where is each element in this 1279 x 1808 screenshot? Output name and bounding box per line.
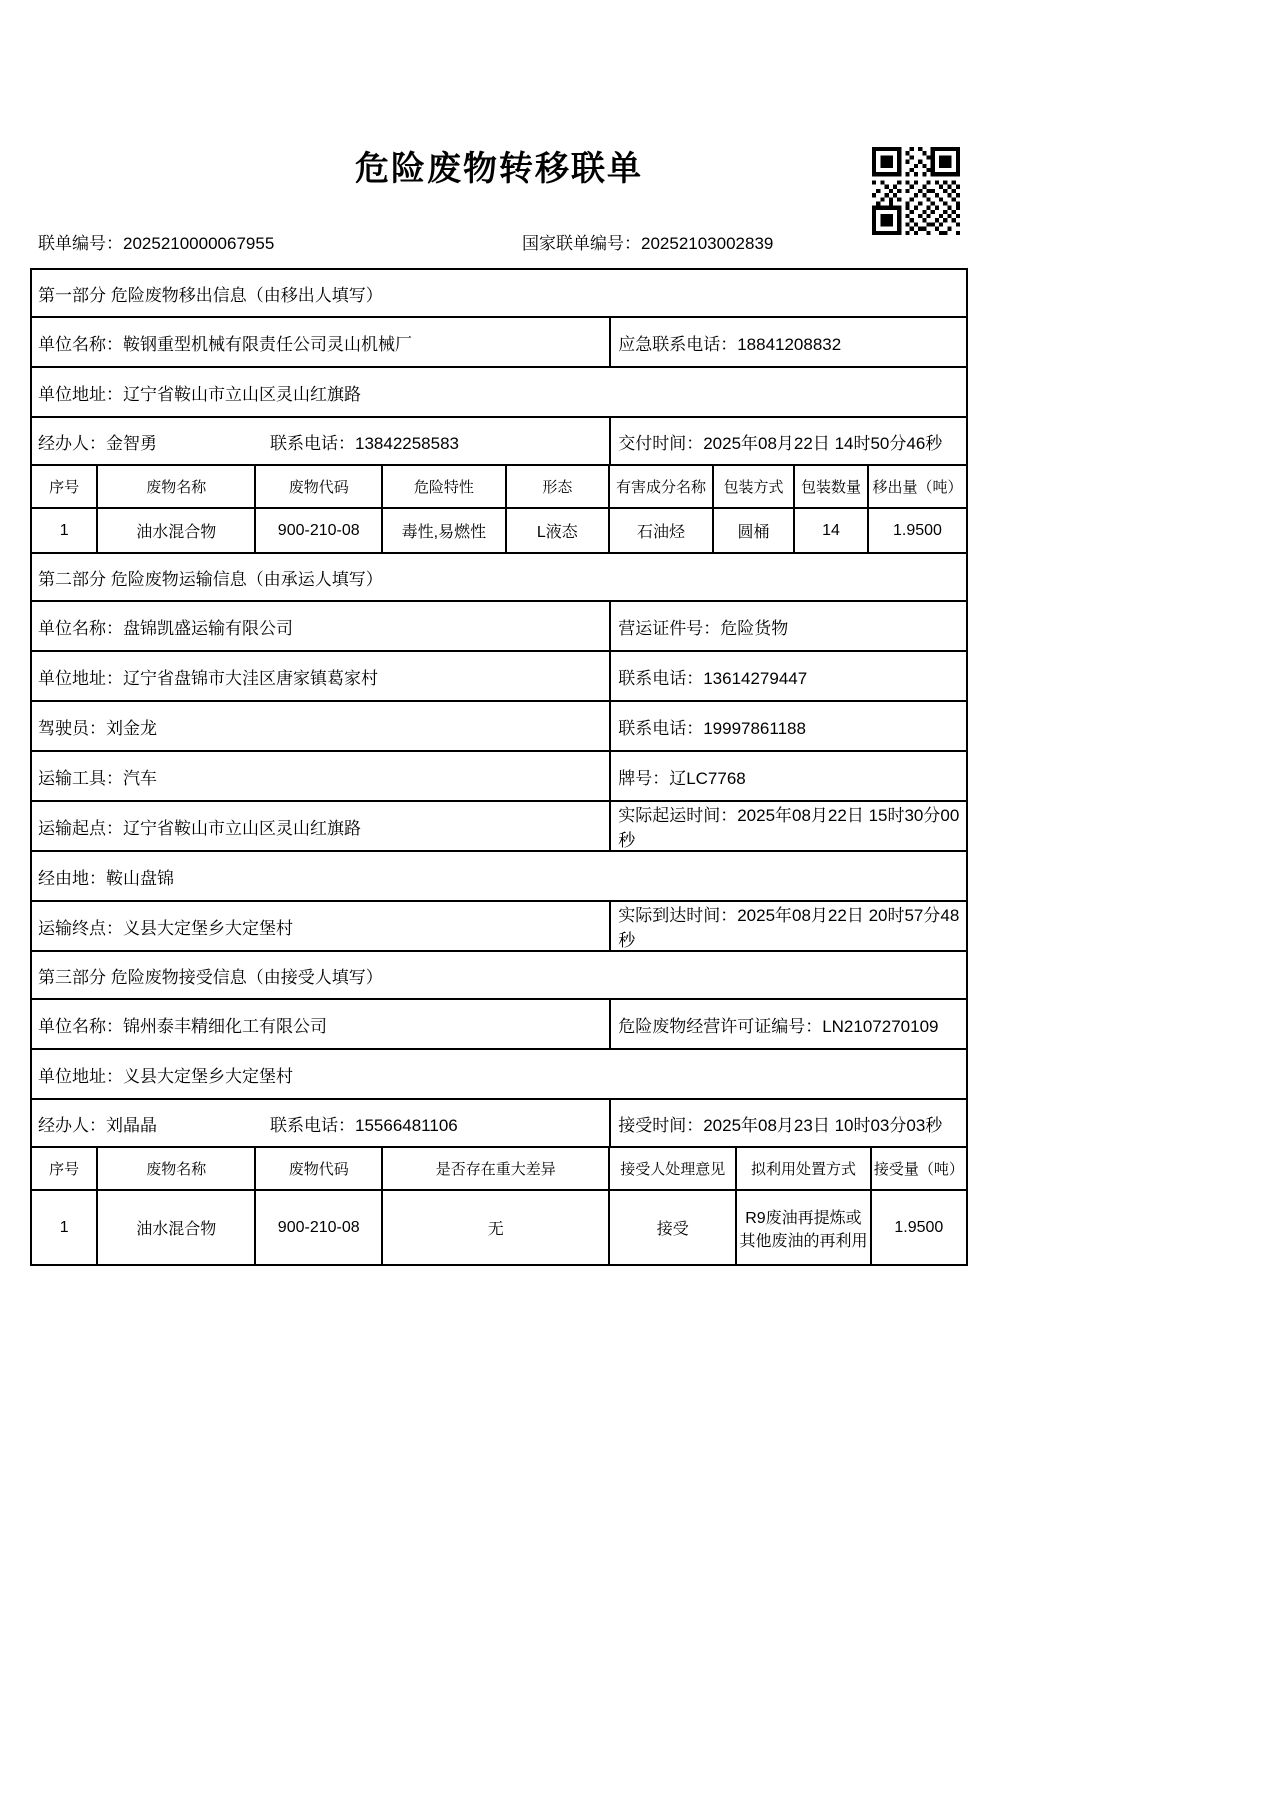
transport-destination: 运输终点：义县大定堡乡大定堡村 (32, 902, 609, 950)
generator-address: 单位地址：辽宁省鞍山市立山区灵山红旗路 (32, 368, 966, 416)
row-via: 经由地：鞍山盘锦 (32, 852, 966, 902)
manifest-numbers: 联单编号：2025210000067955 国家联单编号：20252103002… (30, 229, 968, 255)
waste-accept-table-header: 序号 废物名称 废物代码 是否存在重大差异 接受人处理意见 拟利用处置方式 接受… (32, 1148, 966, 1190)
vehicle-type: 运输工具：汽车 (32, 752, 609, 800)
cell-discrepancy: 无 (382, 1190, 609, 1264)
generator-agent-phone: 联系电话：13842258583 (270, 429, 459, 454)
col-packaging: 包装方式 (713, 466, 794, 508)
waste-out-table: 序号 废物名称 废物代码 危险特性 形态 有害成分名称 包装方式 包装数量 移出… (32, 466, 966, 554)
row-carrier-company: 单位名称：盘锦凯盛运输有限公司 营运证件号：危险货物 (32, 602, 966, 652)
departure-time: 实际起运时间：2025年08月22日 15时30分00秒 (609, 802, 966, 850)
row-receiver-company: 单位名称：锦州泰丰精细化工有限公司 危险废物经营许可证编号：LN21072701… (32, 1000, 966, 1050)
generator-agent: 经办人：金智勇 (38, 429, 157, 454)
row-driver: 驾驶员：刘金龙 联系电话：19997861188 (32, 702, 966, 752)
cell-seq: 1 (32, 1190, 97, 1264)
row-generator-address: 单位地址：辽宁省鞍山市立山区灵山红旗路 (32, 368, 966, 418)
col-hazard: 危险特性 (382, 466, 505, 508)
delivery-time: 交付时间：2025年08月22日 14时50分46秒 (609, 418, 966, 464)
section2-header-row: 第二部分 危险废物运输信息（由承运人填写） (32, 554, 966, 602)
cell-accept-amount: 1.9500 (871, 1190, 966, 1264)
transport-origin: 运输起点：辽宁省鞍山市立山区灵山红旗路 (32, 802, 609, 850)
national-manifest-number: 国家联单编号：20252103002839 (522, 229, 773, 254)
row-carrier-address: 单位地址：辽宁省盘锦市大洼区唐家镇葛家村 联系电话：13614279447 (32, 652, 966, 702)
driver-phone: 联系电话：19997861188 (609, 702, 966, 750)
section1-title: 第一部分 危险废物移出信息（由移出人填写） (32, 270, 966, 316)
qr-code (869, 147, 963, 235)
row-generator-agent: 经办人：金智勇 联系电话：13842258583 交付时间：2025年08月22… (32, 418, 966, 466)
cell-hazard: 毒性,易燃性 (382, 508, 505, 552)
manifest-number: 联单编号：2025210000067955 (38, 229, 274, 254)
waste-out-table-header: 序号 废物名称 废物代码 危险特性 形态 有害成分名称 包装方式 包装数量 移出… (32, 466, 966, 508)
generator-agent-cell: 经办人：金智勇 联系电话：13842258583 (32, 418, 609, 464)
col-out-amount: 移出量（吨） (868, 466, 966, 508)
section1-header-row: 第一部分 危险废物移出信息（由移出人填写） (32, 270, 966, 318)
cell-out-amount: 1.9500 (868, 508, 966, 552)
row-origin: 运输起点：辽宁省鞍山市立山区灵山红旗路 实际起运时间：2025年08月22日 1… (32, 802, 966, 852)
receiver-agent-cell: 经办人：刘晶晶 联系电话：15566481106 (32, 1100, 609, 1146)
generator-company-name: 单位名称：鞍钢重型机械有限责任公司灵山机械厂 (32, 318, 609, 366)
row-destination: 运输终点：义县大定堡乡大定堡村 实际到达时间：2025年08月22日 20时57… (32, 902, 966, 952)
carrier-phone: 联系电话：13614279447 (609, 652, 966, 700)
carrier-company-name: 单位名称：盘锦凯盛运输有限公司 (32, 602, 609, 650)
cell-waste-name: 油水混合物 (97, 1190, 255, 1264)
waste-accept-table-row: 1 油水混合物 900-210-08 无 接受 R9废油再提炼或其他废油的再利用… (32, 1190, 966, 1264)
cell-receiver-opinion: 接受 (609, 1190, 736, 1264)
carrier-address: 单位地址：辽宁省盘锦市大洼区唐家镇葛家村 (32, 652, 609, 700)
receiver-company-name: 单位名称：锦州泰丰精细化工有限公司 (32, 1000, 609, 1048)
cell-disposal-method: R9废油再提炼或其他废油的再利用 (736, 1190, 870, 1264)
col-waste-name: 废物名称 (97, 1148, 255, 1190)
cell-seq: 1 (32, 508, 97, 552)
manifest-document: { "doc": { "title": "危险废物转移联单", "manifes… (0, 0, 1279, 1808)
receiver-address: 单位地址：义县大定堡乡大定堡村 (32, 1050, 966, 1098)
col-form: 形态 (506, 466, 610, 508)
section2-title: 第二部分 危险废物运输信息（由承运人填写） (32, 554, 966, 600)
row-generator-company: 单位名称：鞍钢重型机械有限责任公司灵山机械厂 应急联系电话：1884120883… (32, 318, 966, 368)
cell-package-count: 14 (794, 508, 868, 552)
plate-number: 牌号：辽LC7768 (609, 752, 966, 800)
driver-name: 驾驶员：刘金龙 (32, 702, 609, 750)
via-place: 经由地：鞍山盘锦 (32, 852, 966, 900)
col-receiver-opinion: 接受人处理意见 (609, 1148, 736, 1190)
row-receiver-address: 单位地址：义县大定堡乡大定堡村 (32, 1050, 966, 1100)
receiver-permit-number: 危险废物经营许可证编号：LN2107270109 (609, 1000, 966, 1048)
receiver-agent-phone: 联系电话：15566481106 (270, 1111, 458, 1136)
col-waste-name: 废物名称 (97, 466, 255, 508)
generator-emergency-phone: 应急联系电话：18841208832 (609, 318, 966, 366)
col-seq: 序号 (32, 466, 97, 508)
receiver-agent: 经办人：刘晶晶 (38, 1111, 157, 1136)
waste-accept-table: 序号 废物名称 废物代码 是否存在重大差异 接受人处理意见 拟利用处置方式 接受… (32, 1148, 966, 1264)
col-disposal-method: 拟利用处置方式 (736, 1148, 870, 1190)
row-receiver-agent: 经办人：刘晶晶 联系电话：15566481106 接受时间：2025年08月23… (32, 1100, 966, 1148)
col-accept-amount: 接受量（吨） (871, 1148, 966, 1190)
col-seq: 序号 (32, 1148, 97, 1190)
cell-form: L液态 (506, 508, 610, 552)
arrival-time: 实际到达时间：2025年08月22日 20时57分48秒 (609, 902, 966, 950)
col-waste-code: 废物代码 (255, 466, 382, 508)
col-waste-code: 废物代码 (255, 1148, 382, 1190)
page-title: 危险废物转移联单 (30, 141, 968, 190)
section3-header-row: 第三部分 危险废物接受信息（由接受人填写） (32, 952, 966, 1000)
cell-component: 石油烃 (609, 508, 713, 552)
col-discrepancy: 是否存在重大差异 (382, 1148, 609, 1190)
cell-waste-code: 900-210-08 (255, 508, 382, 552)
carrier-license: 营运证件号：危险货物 (609, 602, 966, 650)
col-component: 有害成分名称 (609, 466, 713, 508)
cell-waste-code: 900-210-08 (255, 1190, 382, 1264)
row-vehicle: 运输工具：汽车 牌号：辽LC7768 (32, 752, 966, 802)
accept-time: 接受时间：2025年08月23日 10时03分03秒 (609, 1100, 966, 1146)
waste-out-table-row: 1 油水混合物 900-210-08 毒性,易燃性 L液态 石油烃 圆桶 14 … (32, 508, 966, 552)
section3-title: 第三部分 危险废物接受信息（由接受人填写） (32, 952, 966, 998)
cell-packaging: 圆桶 (713, 508, 794, 552)
manifest-table: 第一部分 危险废物移出信息（由移出人填写） 单位名称：鞍钢重型机械有限责任公司灵… (30, 268, 968, 1266)
cell-waste-name: 油水混合物 (97, 508, 255, 552)
col-package-count: 包装数量 (794, 466, 868, 508)
